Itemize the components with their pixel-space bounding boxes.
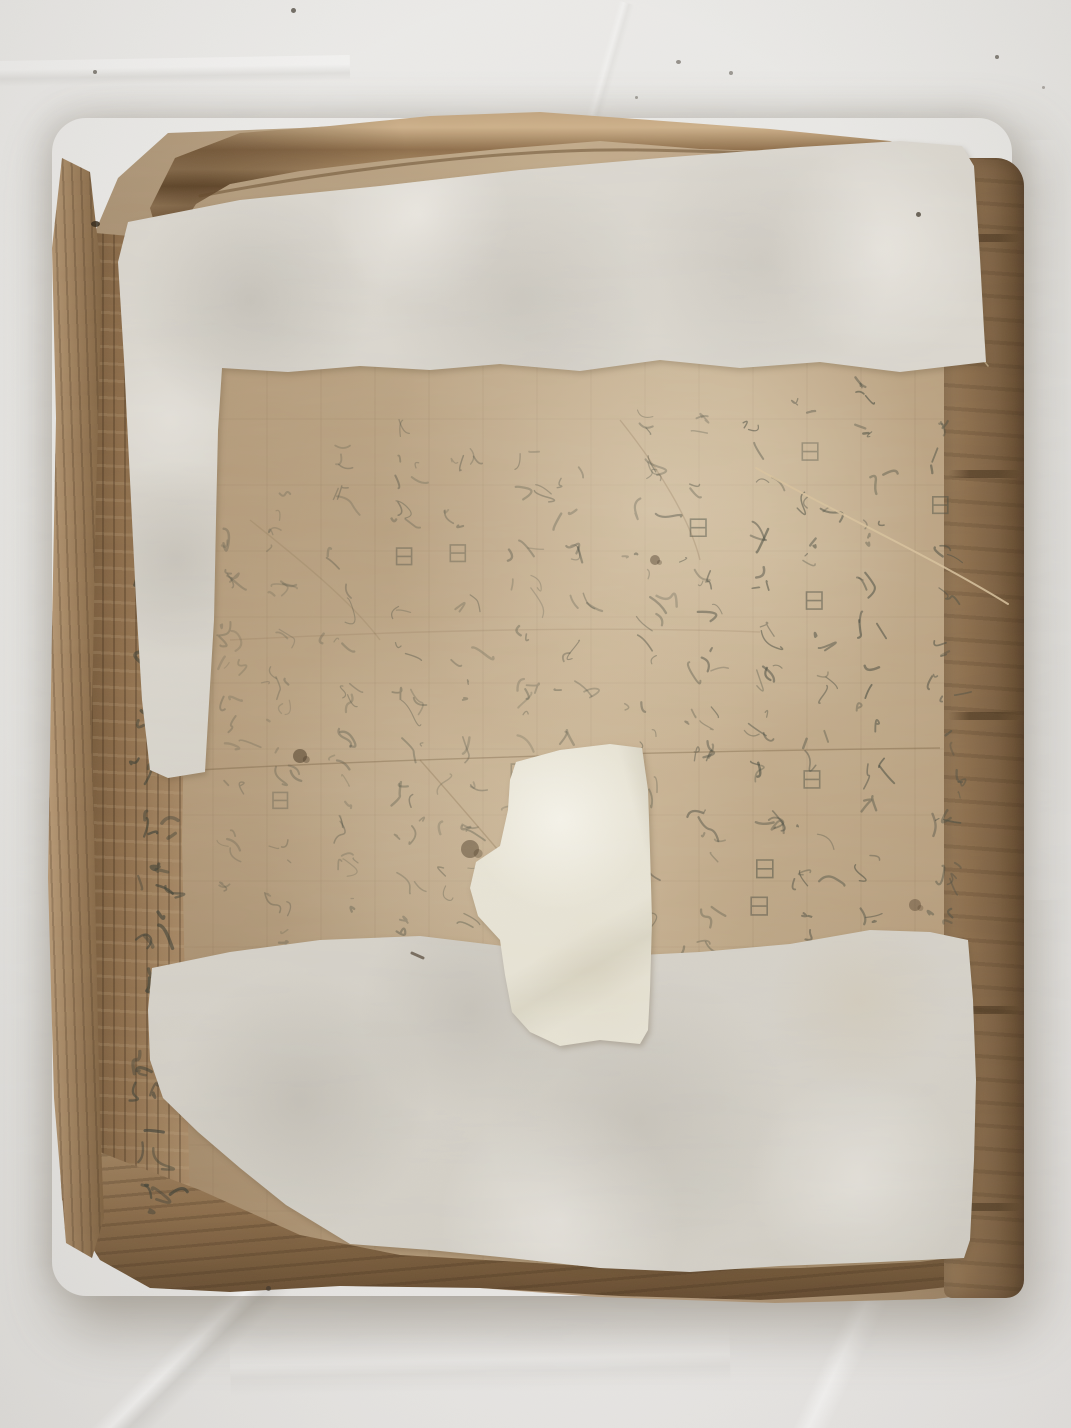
speck	[676, 60, 681, 64]
speck	[1042, 86, 1045, 89]
speck	[291, 8, 296, 13]
spine-stitch	[948, 712, 1020, 720]
spine-stitch	[948, 1006, 1020, 1014]
speck	[635, 96, 638, 99]
exposed-page	[160, 332, 958, 1276]
speck	[266, 1286, 271, 1291]
photograph: Photograph of an aged stitch-bound manus…	[0, 0, 1071, 1428]
photo-description: Photograph of an aged stitch-bound manus…	[0, 0, 1, 1]
spine-stitch	[948, 470, 1020, 478]
speck	[91, 221, 100, 227]
speck	[916, 212, 921, 217]
tissue-crease	[0, 55, 350, 91]
speck	[93, 70, 97, 74]
spine-stitch	[948, 234, 1020, 242]
stitched-spine	[944, 158, 1024, 1298]
spine-stitch	[948, 1203, 1020, 1211]
tissue-crease	[1020, 140, 1064, 900]
tissue-crease	[229, 1323, 730, 1396]
speck	[995, 55, 999, 59]
speck	[729, 71, 733, 75]
